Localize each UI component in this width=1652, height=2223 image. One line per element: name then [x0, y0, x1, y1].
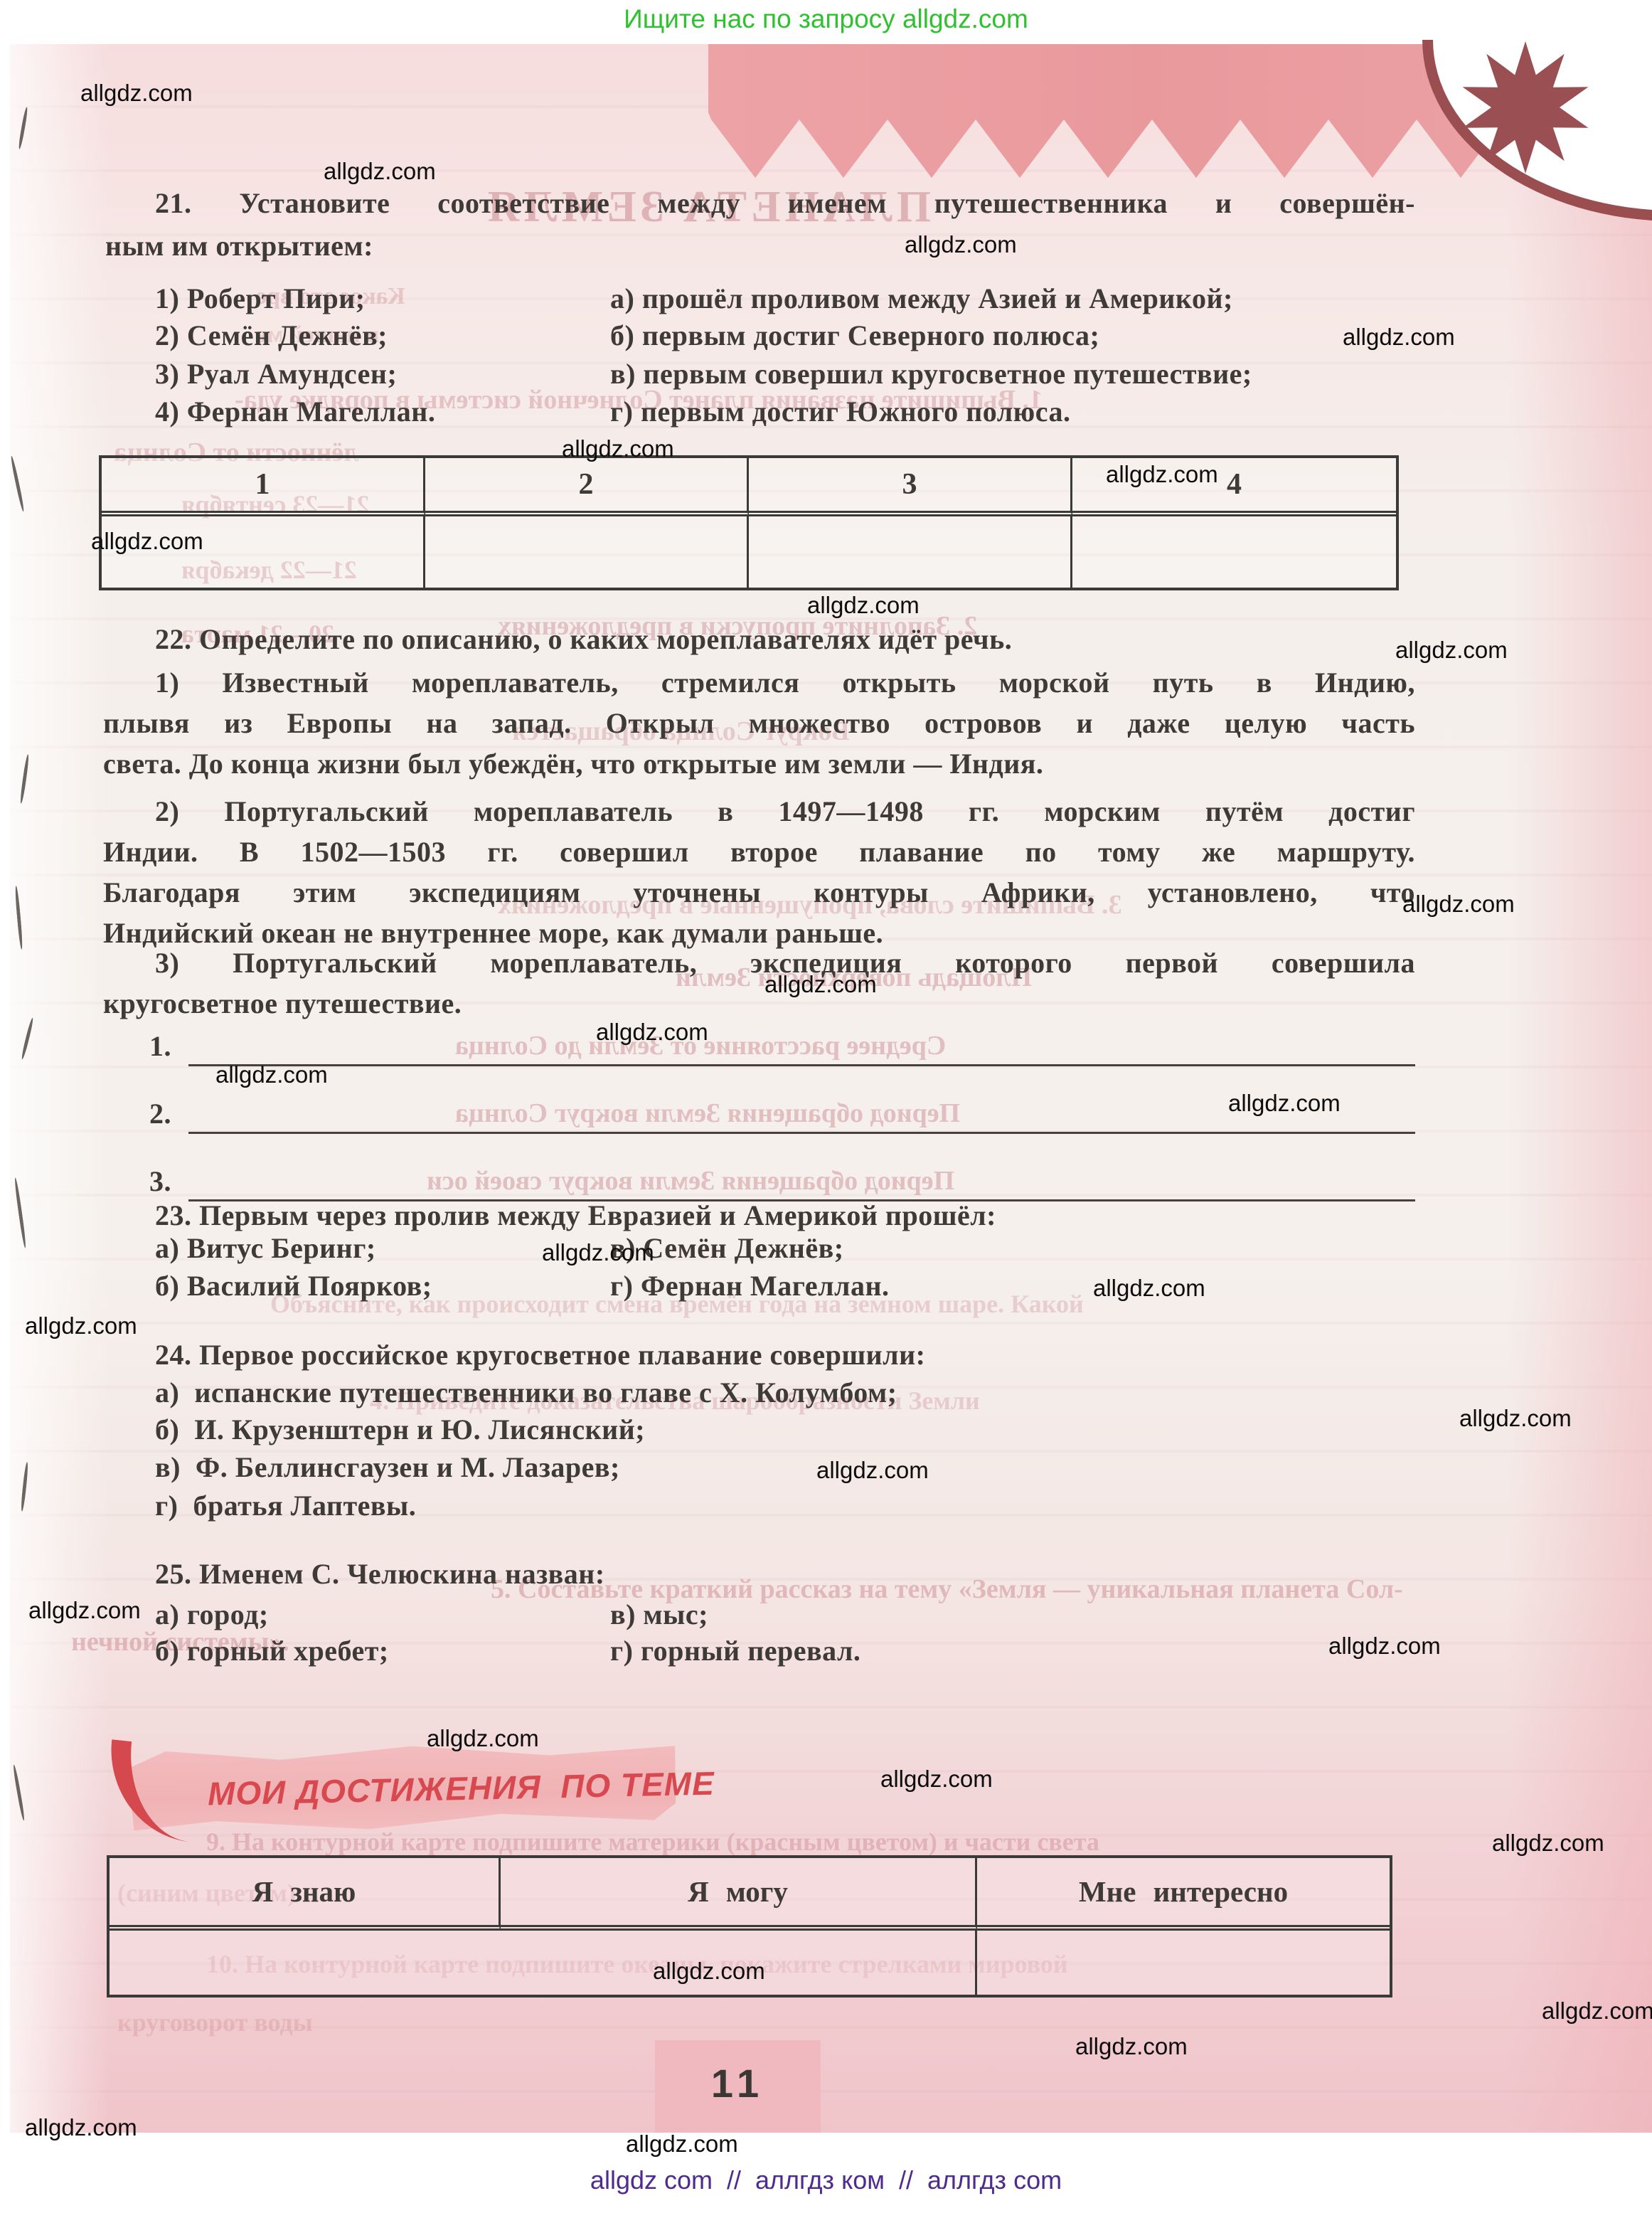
q21-table-answer-cell: [749, 516, 1072, 588]
q22-para2-line: Благодаря этим экспедициям уточнены конт…: [103, 876, 1415, 910]
q23-intro: 23. Первым через пролив между Евразией и…: [155, 1199, 996, 1233]
q25-intro: 25. Именем С. Челюскина назван:: [155, 1557, 605, 1591]
q25-option: а) город;: [155, 1598, 269, 1632]
allgdz-watermark: allgdz.com: [1228, 1090, 1341, 1117]
achievements-header-interested: Мне интересно: [977, 1858, 1390, 1931]
q22-para2-line: Индийский океан не внутреннее море, как …: [103, 916, 883, 950]
allgdz-watermark: allgdz.com: [764, 971, 877, 998]
q21-left-item: 3) Руал Амундсен;: [155, 357, 397, 391]
q21-right-item: б) первым достиг Северного полюса;: [610, 319, 1099, 353]
q22-intro: 22. Определите по описанию, о каких море…: [155, 622, 1012, 657]
q21-table-answer-cell: [1072, 516, 1396, 588]
allgdz-watermark: allgdz.com: [1343, 324, 1455, 351]
q25-option: г) горный перевал.: [610, 1634, 860, 1668]
allgdz-watermark: allgdz.com: [91, 528, 203, 555]
allgdz-watermark: allgdz.com: [28, 1597, 141, 1624]
achievements-header-know: Я знаю: [110, 1858, 501, 1931]
page-right-pink-band: [1508, 44, 1652, 2133]
workbook-scan-page: Ищите нас по запросу allgdz.com 21. Уста…: [0, 0, 1652, 2223]
q23-option: г) Фернан Магеллан.: [610, 1269, 890, 1303]
achievements-cell: [977, 1931, 1390, 1995]
allgdz-watermark: allgdz.com: [1395, 637, 1508, 664]
q22-para1-line: 1) Известный мореплаватель, стремился от…: [155, 666, 1415, 700]
allgdz-watermark: allgdz.com: [542, 1239, 654, 1266]
footer-watermark-text: allgdz com // аллгдз ком // аллгдз com: [0, 2165, 1652, 2195]
allgdz-watermark: allgdz.com: [905, 231, 1017, 258]
q25-option: в) мыс;: [610, 1598, 708, 1632]
q21-table-header-1: 1: [102, 458, 425, 516]
allgdz-watermark: allgdz.com: [653, 1958, 765, 1985]
q23-option: б) Василий Поярков;: [155, 1269, 432, 1303]
allgdz-watermark: allgdz.com: [626, 2131, 738, 2158]
q23-option: а) Витус Беринг;: [155, 1231, 376, 1266]
q21-right-item: г) первым достиг Южного полюса.: [610, 395, 1070, 429]
bleedthrough-ghost-text: 9. На контурной карте подпишите материки…: [206, 1827, 1099, 1857]
allgdz-watermark: allgdz.com: [1093, 1275, 1205, 1302]
q22-para1-line: света. До конца жизни был убеждён, что о…: [103, 747, 1043, 781]
allgdz-watermark: allgdz.com: [1402, 891, 1515, 918]
q21-right-item: в) первым совершил кругосветное путешест…: [610, 357, 1252, 391]
q21-left-item: 2) Семён Дежнёв;: [155, 319, 388, 353]
q25-option: б) горный хребет;: [155, 1634, 389, 1668]
allgdz-watermark: allgdz.com: [1542, 1997, 1652, 2025]
allgdz-watermark: allgdz.com: [25, 2114, 137, 2141]
allgdz-watermark: allgdz.com: [427, 1725, 539, 1752]
allgdz-watermark: allgdz.com: [80, 80, 193, 107]
achievements-header-can: Я могу: [501, 1858, 977, 1931]
q22-para3-line: кругосветное путешествие.: [103, 987, 462, 1021]
q22-blank-number: 1.: [149, 1029, 171, 1063]
allgdz-watermark: allgdz.com: [1328, 1633, 1441, 1660]
allgdz-watermark: allgdz.com: [25, 1312, 137, 1339]
q24-option: в) Ф. Беллинсгаузен и М. Лазарев;: [155, 1450, 620, 1485]
allgdz-watermark: allgdz.com: [1075, 2033, 1188, 2060]
q24-intro: 24. Первое российское кругосветное плава…: [155, 1338, 925, 1372]
allgdz-watermark: allgdz.com: [1106, 461, 1218, 488]
q24-option: а) испанские путешественники во главе с …: [155, 1376, 897, 1410]
bleedthrough-ghost-text: Период обращения Земли вокруг Солнца: [455, 1098, 960, 1129]
q21-table-header-3: 3: [749, 458, 1072, 516]
allgdz-watermark: allgdz.com: [215, 1061, 328, 1088]
allgdz-watermark: allgdz.com: [1492, 1830, 1604, 1857]
achievements-cell: [110, 1931, 501, 1995]
q21-table-header-2: 2: [425, 458, 749, 516]
q21-left-item: 4) Фернан Магеллан.: [155, 395, 435, 429]
allgdz-watermark: allgdz.com: [562, 435, 674, 462]
q21-intro-line1: 21. Установите соответствие между именем…: [155, 186, 1415, 221]
q21-left-item: 1) Роберт Пири;: [155, 282, 366, 316]
allgdz-watermark: allgdz.com: [880, 1766, 993, 1793]
allgdz-watermark: allgdz.com: [324, 158, 436, 185]
q22-blank-number: 2.: [149, 1097, 171, 1131]
bleedthrough-ghost-text: Период обращения Земли вокруг своей оси: [427, 1165, 954, 1197]
bleedthrough-ghost-text: круговорот воды: [117, 2007, 313, 2037]
q22-blank-number: 3.: [149, 1164, 171, 1199]
q21-table-answer-cell: [425, 516, 749, 588]
page-number: 11: [655, 2060, 821, 2106]
q22-para2-line: Индии. В 1502—1503 гг. совершил второе п…: [103, 835, 1415, 869]
q22-answer-line: [188, 1064, 1415, 1066]
page-left-highlight: [10, 44, 110, 2133]
q21-right-item: а) прошёл проливом между Азией и Америко…: [610, 282, 1233, 316]
q24-option: б) И. Крузенштерн и Ю. Лисянский;: [155, 1413, 645, 1447]
q24-option: г) братья Лаптевы.: [155, 1489, 416, 1523]
q22-answer-line: [188, 1132, 1415, 1134]
q22-para2-line: 2) Португальский мореплаватель в 1497—14…: [155, 795, 1415, 829]
allgdz-watermark: allgdz.com: [807, 592, 920, 619]
allgdz-watermark: allgdz.com: [596, 1019, 708, 1046]
q21-intro-line2: ным им открытием:: [105, 229, 373, 263]
allgdz-watermark: allgdz.com: [816, 1457, 929, 1484]
allgdz-watermark: allgdz.com: [1459, 1405, 1572, 1432]
search-hint-text: Ищите нас по запросу allgdz.com: [0, 4, 1652, 34]
q22-para1-line: плывя из Европы на запад. Открыл множест…: [103, 706, 1415, 741]
